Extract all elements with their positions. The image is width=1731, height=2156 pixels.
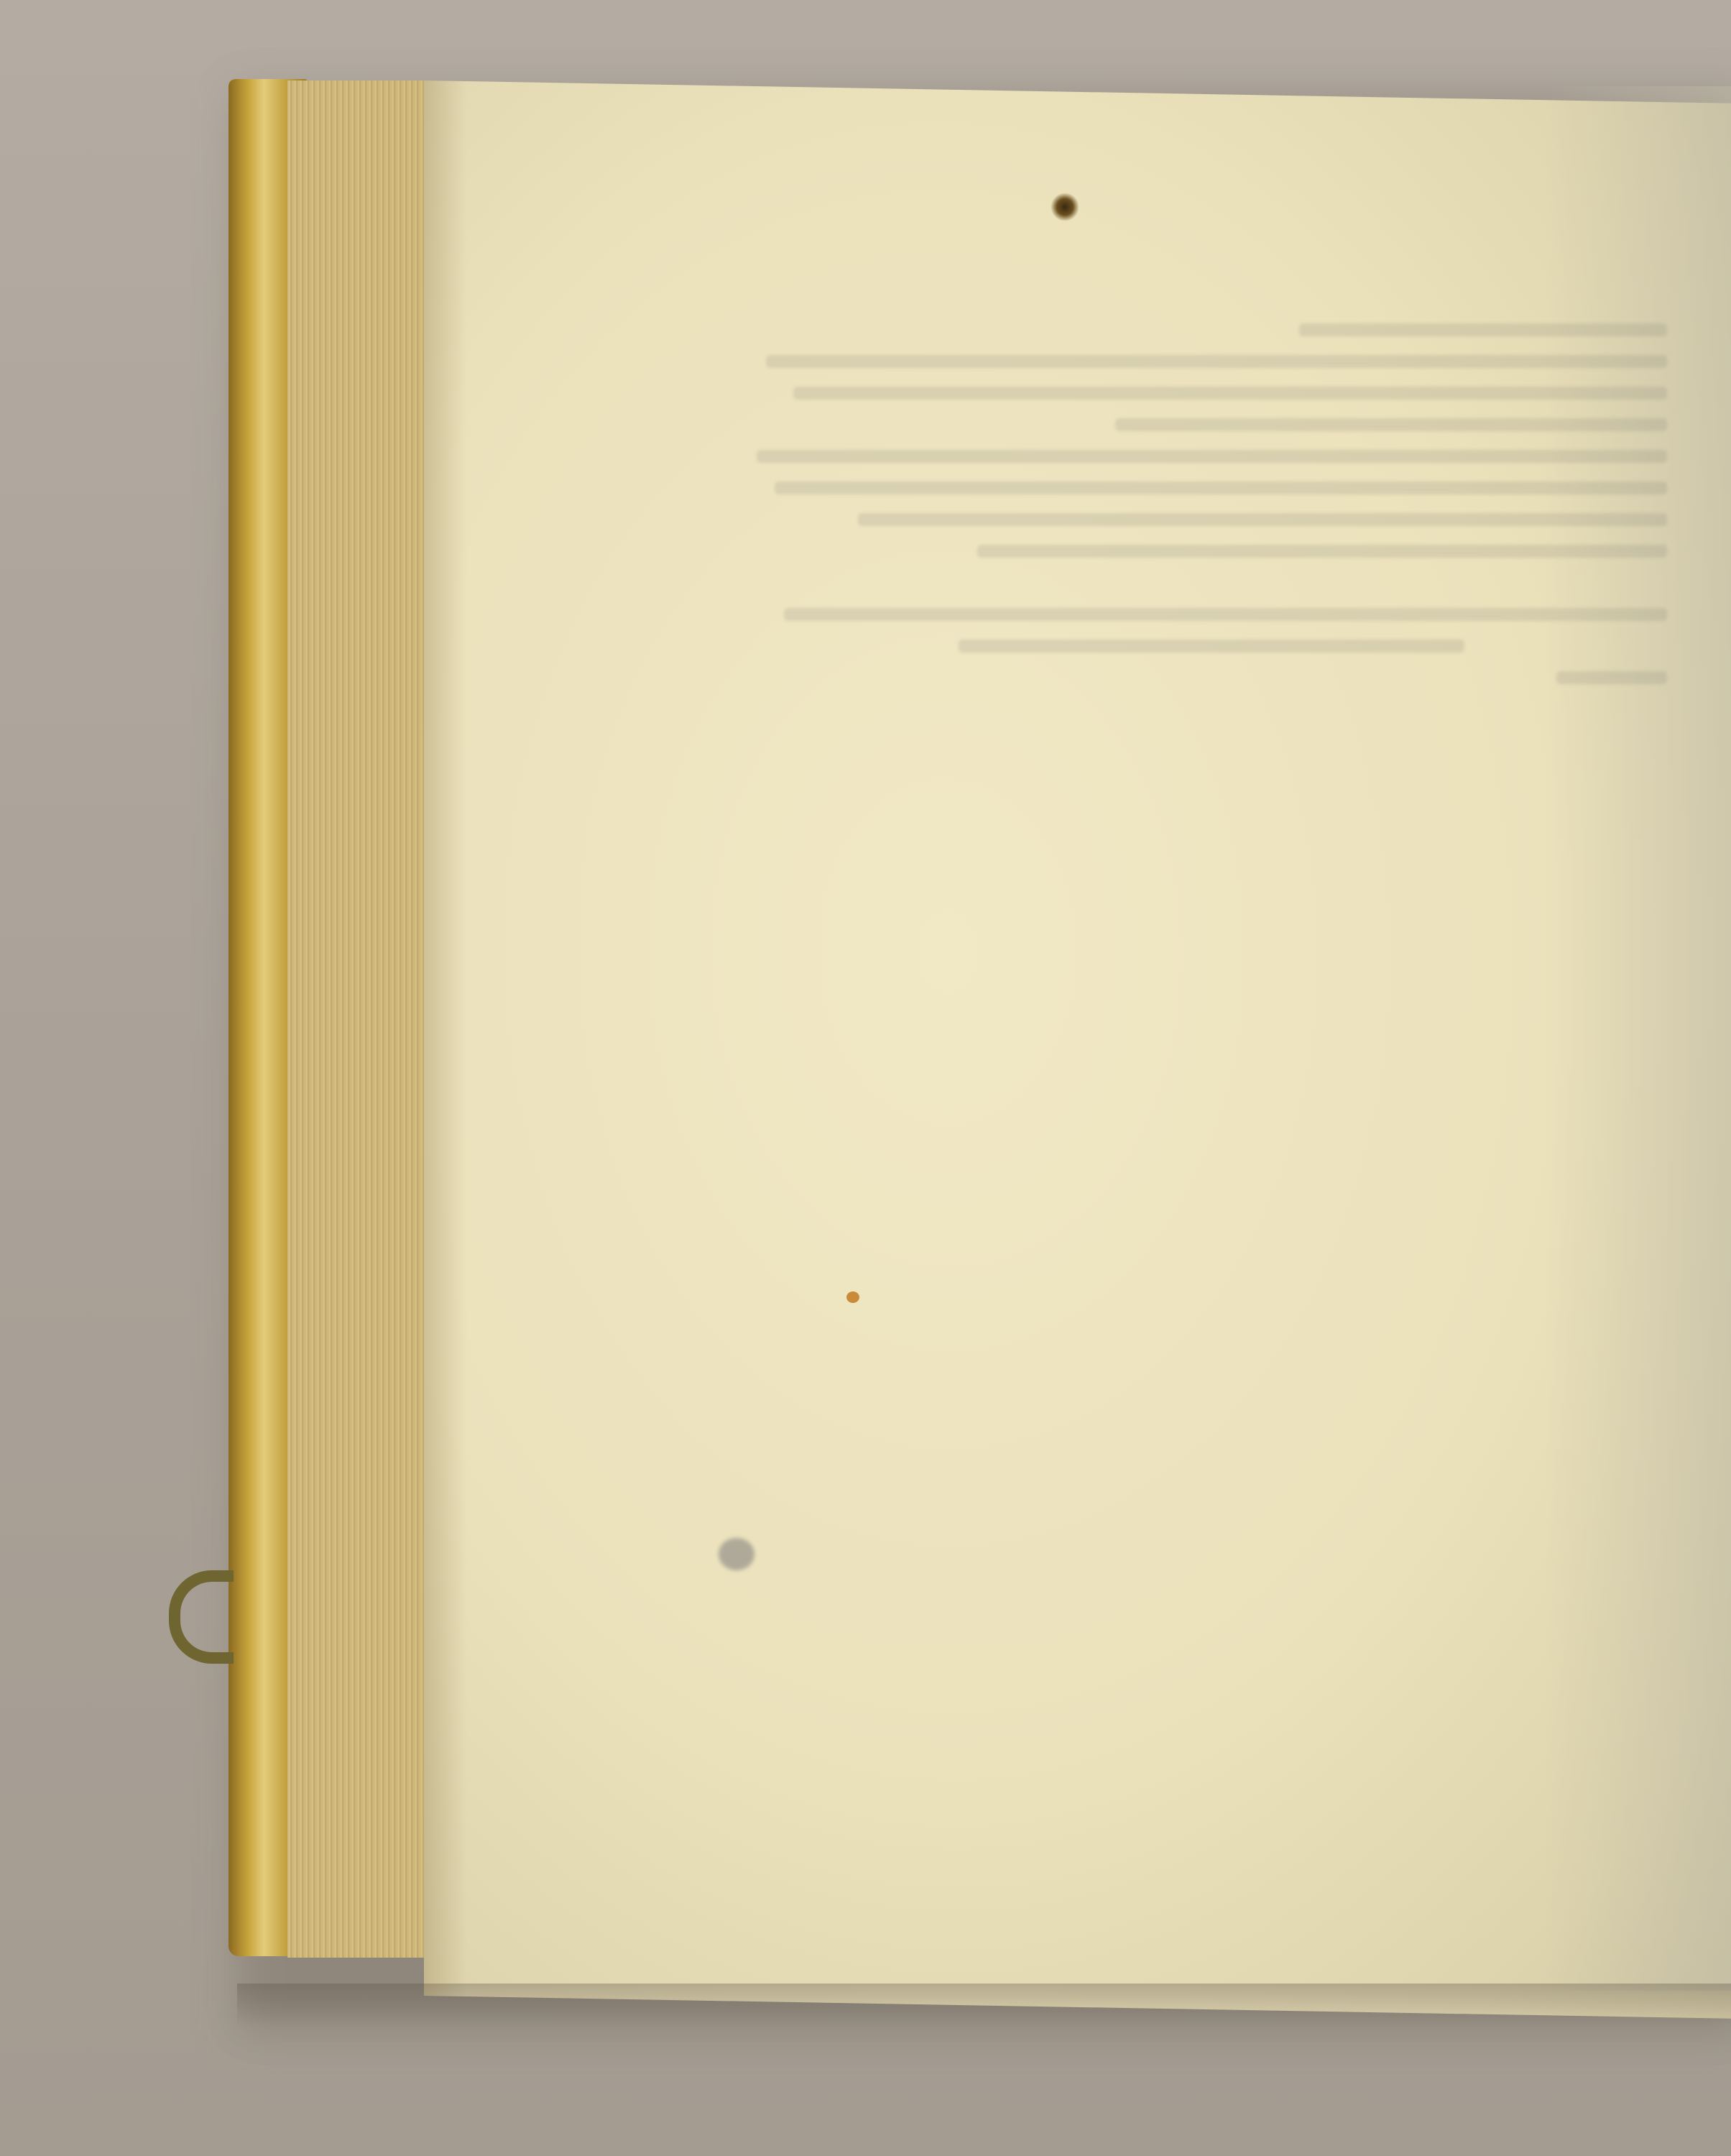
clasp-ring xyxy=(169,1570,234,1664)
foxing-spot xyxy=(846,1291,859,1303)
paper-hole xyxy=(1051,193,1079,221)
gutter-shade xyxy=(424,80,467,1996)
page-block-edges xyxy=(287,80,431,1958)
bottom-shadow xyxy=(237,1984,1731,2027)
grey-stain xyxy=(719,1538,754,1570)
show-through-text xyxy=(747,295,1667,703)
